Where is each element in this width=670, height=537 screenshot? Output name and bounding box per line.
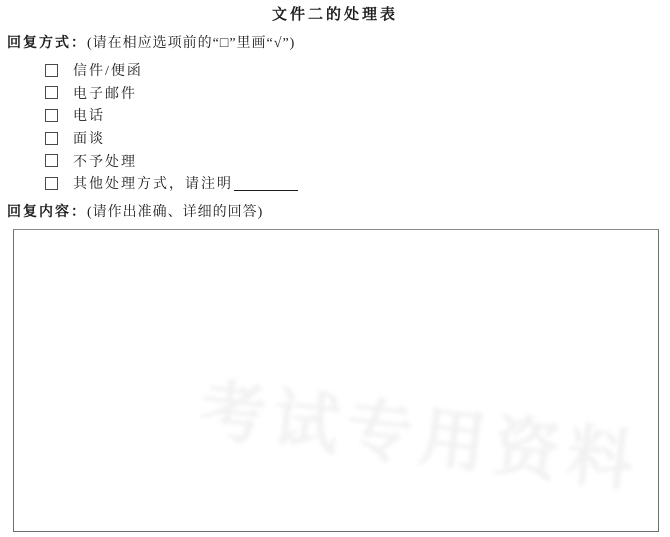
checkbox-interview[interactable] [45,132,58,145]
other-method-fill-in-blank[interactable] [234,176,298,191]
option-label: 电话 [73,105,105,125]
option-row-interview: 面谈 [45,127,670,150]
reply-method-hint: (请在相应选项前的“□”里画“√”) [87,36,295,51]
faint-watermark-icon: 考试专用资料 [195,356,659,509]
checkbox-letter[interactable] [45,64,58,77]
option-label: 不予处理 [73,151,137,171]
checkbox-email[interactable] [45,86,58,99]
checkbox-other[interactable] [45,177,58,190]
option-row-phone: 电话 [45,104,670,127]
checkbox-no-action[interactable] [45,154,58,167]
reply-content-label: 回复内容： [7,205,87,220]
option-label: 其他处理方式，请注明 [73,173,233,193]
reply-method-label: 回复方式： [7,36,87,51]
reply-method-options: 信件/便函 电子邮件 电话 面谈 不予处理 其他处理方式，请注明 [45,59,670,195]
option-row-letter: 信件/便函 [45,59,670,82]
option-row-no-action: 不予处理 [45,149,670,172]
reply-content-hint: (请作出准确、详细的回答) [87,205,263,220]
option-label: 面谈 [73,128,105,148]
option-label: 电子邮件 [73,83,137,103]
option-row-email: 电子邮件 [45,82,670,105]
reply-content-line: 回复内容：(请作出准确、详细的回答) [7,201,670,221]
option-label: 信件/便函 [73,60,143,80]
document-page: 文件二的处理表 回复方式：(请在相应选项前的“□”里画“√”) 信件/便函 电子… [0,0,670,537]
page-title: 文件二的处理表 [0,0,670,24]
checkbox-phone[interactable] [45,109,58,122]
option-row-other: 其他处理方式，请注明 [45,172,670,195]
reply-content-answer-box[interactable]: 考试专用资料 [13,229,659,532]
reply-method-line: 回复方式：(请在相应选项前的“□”里画“√”) [7,32,670,52]
